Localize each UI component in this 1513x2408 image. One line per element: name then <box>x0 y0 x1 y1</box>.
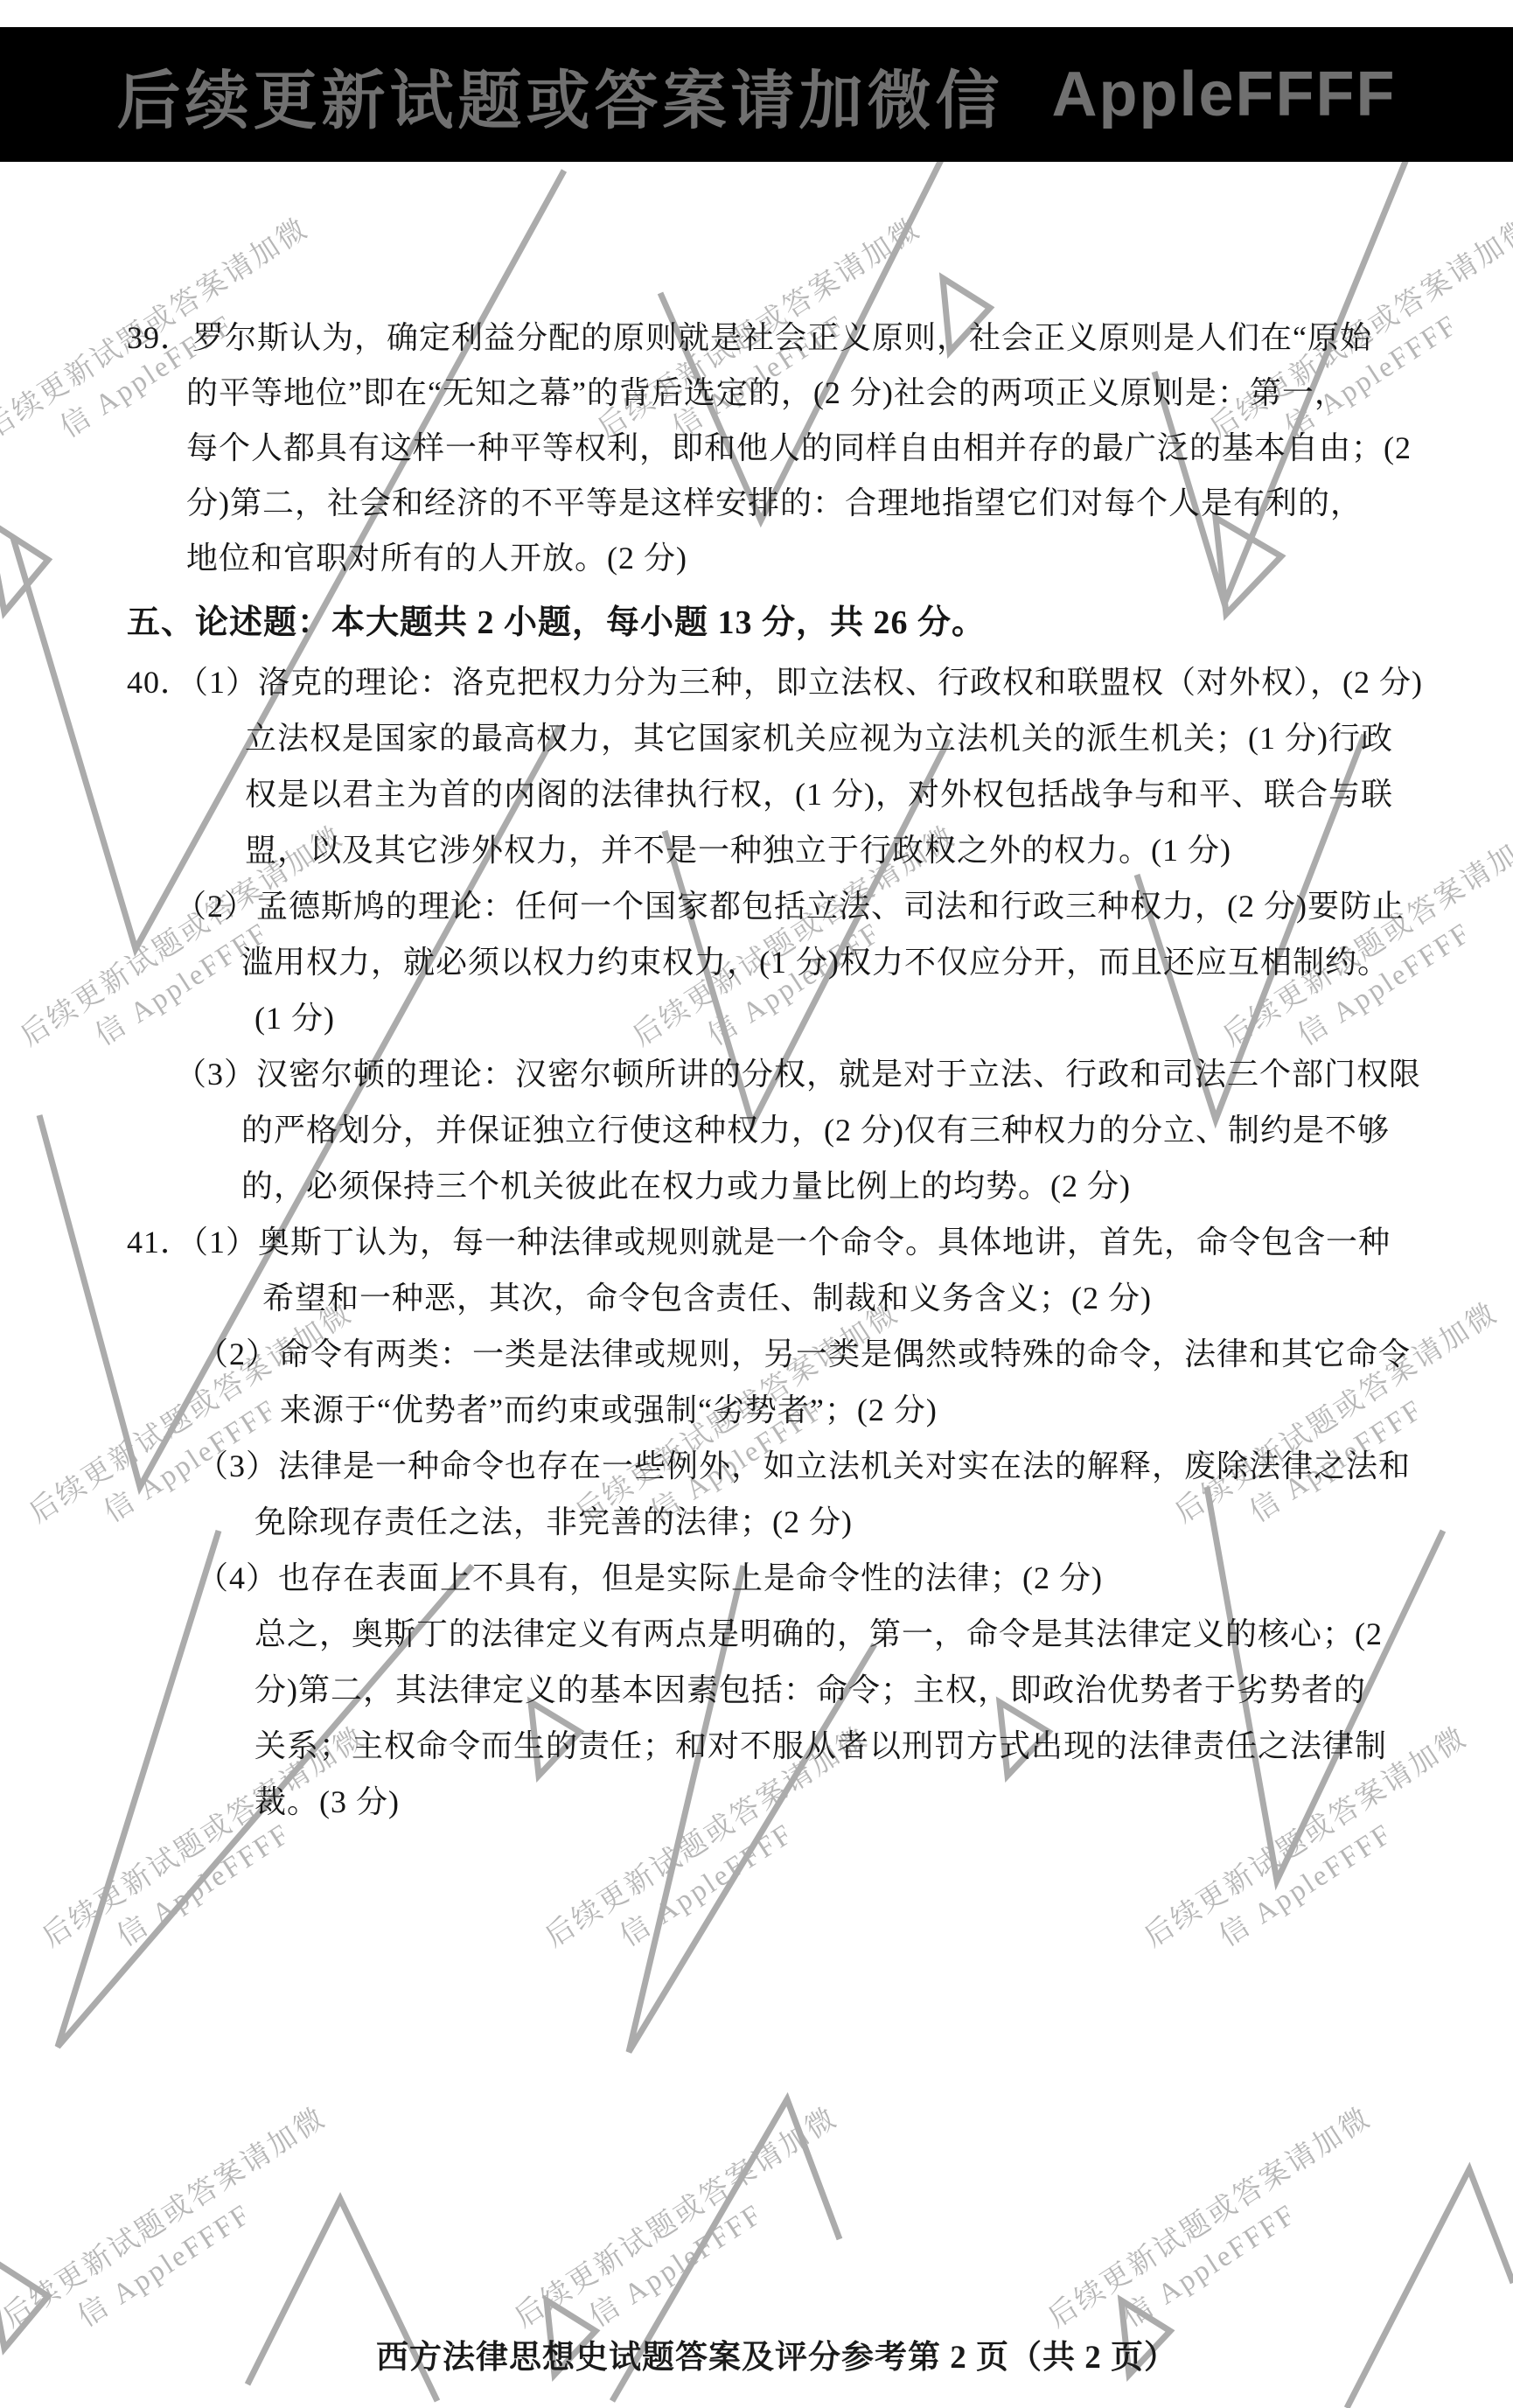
q40-line: 权是以君主为首的内阁的法律执行权，(1 分)，对外权包括战争与和平、联合与联 <box>245 778 1393 810</box>
q41-line: 希望和一种恶，其次，命令包含责任、制裁和义务含义；(2 分) <box>262 1282 1152 1314</box>
q40-line: （3）汉密尔顿的理论：汉密尔顿所讲的分权，就是对于立法、行政和司法三个部门权限 <box>175 1058 1421 1090</box>
q41-line: （4）也存在表面上不具有，但是实际上是命令性的法律；(2 分) <box>197 1562 1103 1594</box>
q41-line: 关系；主权命令而生的责任；和对不服从者以刑罚方式出现的法律责任之法律制 <box>254 1730 1387 1762</box>
banner-text-cn: 后续更新试题或答案请加微信 <box>117 49 1004 141</box>
q40-line: 滥用权力，就必须以权力约束权力，(1 分)权力不仅应分开，而且还应互相制约。 <box>241 946 1390 978</box>
q41-line: 分)第二，其法律定义的基本因素包括：命令；主权，即政治优势者于劣势者的 <box>254 1674 1366 1706</box>
q41-line: （3）法律是一种命令也存在一些例外，如立法机关对实在法的解释，废除法律之法和 <box>197 1450 1411 1482</box>
q39-line: 39．罗尔斯认为，确定利益分配的原则就是社会正义原则，社会正义原则是人们在“原始 <box>127 322 1372 353</box>
answer-text-block: 39．罗尔斯认为，确定利益分配的原则就是社会正义原则，社会正义原则是人们在“原始… <box>0 0 1513 2408</box>
q40-line: (1 分) <box>254 1002 335 1034</box>
q40-line: 的，必须保持三个机关彼此在权力或力量比例上的均势。(2 分) <box>241 1170 1131 1202</box>
banner-text-en: AppleFFFF <box>1052 59 1397 130</box>
q41-line: （2）命令有两类：一类是法律或规则，另一类是偶然或特殊的命令，法律和其它命令 <box>197 1338 1411 1370</box>
q40-line: 40．（1）洛克的理论：洛克把权力分为三种，即立法权、行政权和联盟权（对外权），… <box>127 667 1423 698</box>
q41-line: 来源于“优势者”而约束或强制“劣势者”；(2 分) <box>280 1394 938 1426</box>
q39-line: 的平等地位”即在“无知之幕”的背后选定的，(2 分)社会的两项正义原则是：第一， <box>186 377 1347 408</box>
q39-line: 每个人都具有这样一种平等权利，即和他人的同样自由相并存的最广泛的基本自由；(2 <box>186 432 1412 464</box>
q41-line: 免除现存责任之法，非完善的法律；(2 分) <box>254 1506 853 1538</box>
header-banner: 后续更新试题或答案请加微信 AppleFFFF <box>0 27 1513 162</box>
q40-line: 的严格划分，并保证独立行使这种权力，(2 分)仅有三种权力的分立、制约是不够 <box>241 1114 1390 1146</box>
q39-line: 分)第二，社会和经济的不平等是这样安排的：合理地指望它们对每个人是有利的， <box>186 487 1363 519</box>
q40-line: 盟，以及其它涉外权力，并不是一种独立于行政权之外的权力。(1 分) <box>245 834 1231 866</box>
page-footer: 西方法律思想史试题答案及评分参考第 2 页（共 2 页） <box>376 2330 1177 2377</box>
section-5-line: 五、论述题：本大题共 2 小题，每小题 13 分，共 26 分。 <box>127 606 986 639</box>
q41-line: 总之，奥斯丁的法律定义有两点是明确的，第一，命令是其法律定义的核心；(2 <box>254 1618 1383 1650</box>
q41-line: 裁。(3 分) <box>254 1786 400 1818</box>
q41-line: 41．（1）奥斯丁认为，每一种法律或规则就是一个命令。具体地讲，首先，命令包含一… <box>127 1226 1391 1258</box>
q39-line: 地位和官职对所有的人开放。(2 分) <box>186 542 687 574</box>
q40-line: 立法权是国家的最高权力，其它国家机关应视为立法机关的派生机关；(1 分)行政 <box>245 722 1393 754</box>
q40-line: （2）孟德斯鸠的理论：任何一个国家都包括立法、司法和行政三种权力，(2 分)要防… <box>175 890 1405 922</box>
exam-answer-page: { "banner": { "text_cn": "后续更新试题或答案请加微信"… <box>0 0 1513 2408</box>
